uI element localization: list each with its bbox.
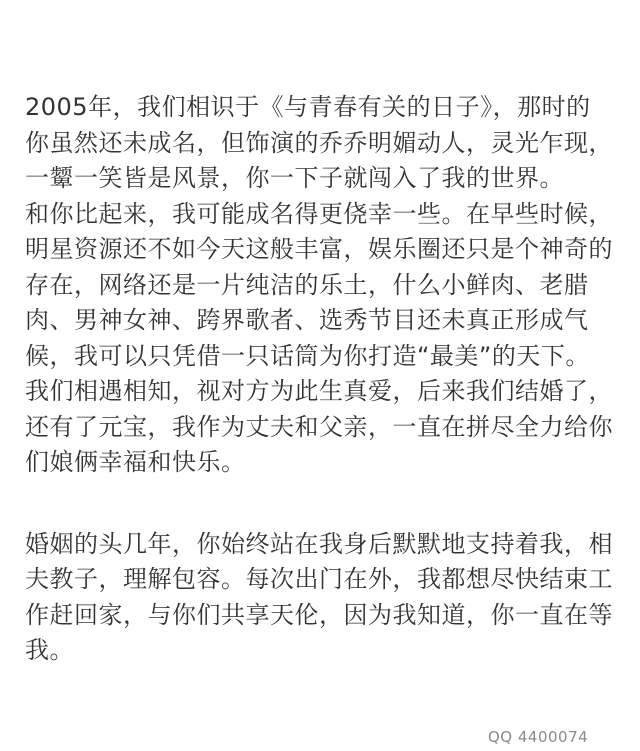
- text-line: 我们相遇相知，视对方为此生真爱，后来我们结婚了，: [25, 374, 625, 410]
- text-line: 肉、男神女神、跨界歌者、选秀节目还未真正形成气: [25, 303, 625, 339]
- text-line: 我。: [25, 633, 625, 669]
- paragraph-2: 婚姻的头几年，你始终站在我身后默默地支持着我，相 夫教子，理解包容。每次出门在外…: [25, 527, 625, 669]
- text-line: 2005年，我们相识于《与青春有关的日子》，那时的: [25, 90, 625, 126]
- article-body: 2005年，我们相识于《与青春有关的日子》，那时的 你虽然还未成名，但饰演的乔乔…: [25, 90, 625, 669]
- text-line: 明星资源还不如今天这般丰富，娱乐圈还只是个神奇的: [25, 232, 625, 268]
- text-line: 婚姻的头几年，你始终站在我身后默默地支持着我，相: [25, 527, 625, 563]
- text-line: 夫教子，理解包容。每次出门在外，我都想尽快结束工: [25, 562, 625, 598]
- watermark: QQ 4400074: [488, 728, 588, 746]
- paragraph-1: 2005年，我们相识于《与青春有关的日子》，那时的 你虽然还未成名，但饰演的乔乔…: [25, 90, 625, 481]
- text-line: 们娘俩幸福和快乐。: [25, 445, 625, 481]
- text-line: 候，我可以只凭借一只话筒为你打造“最美”的天下。: [25, 339, 625, 375]
- text-line: 和你比起来，我可能成名得更侥幸一些。在早些时候，: [25, 197, 625, 233]
- text-line: 还有了元宝，我作为丈夫和父亲，一直在拼尽全力给你: [25, 410, 625, 446]
- text-line: 存在，网络还是一片纯洁的乐土，什么小鲜肉、老腊: [25, 268, 625, 304]
- text-line: 你虽然还未成名，但饰演的乔乔明媚动人，灵光乍现，: [25, 126, 625, 162]
- text-line: 作赶回家，与你们共享天伦，因为我知道，你一直在等: [25, 598, 625, 634]
- text-line: 一颦一笑皆是风景，你一下子就闯入了我的世界。: [25, 161, 625, 197]
